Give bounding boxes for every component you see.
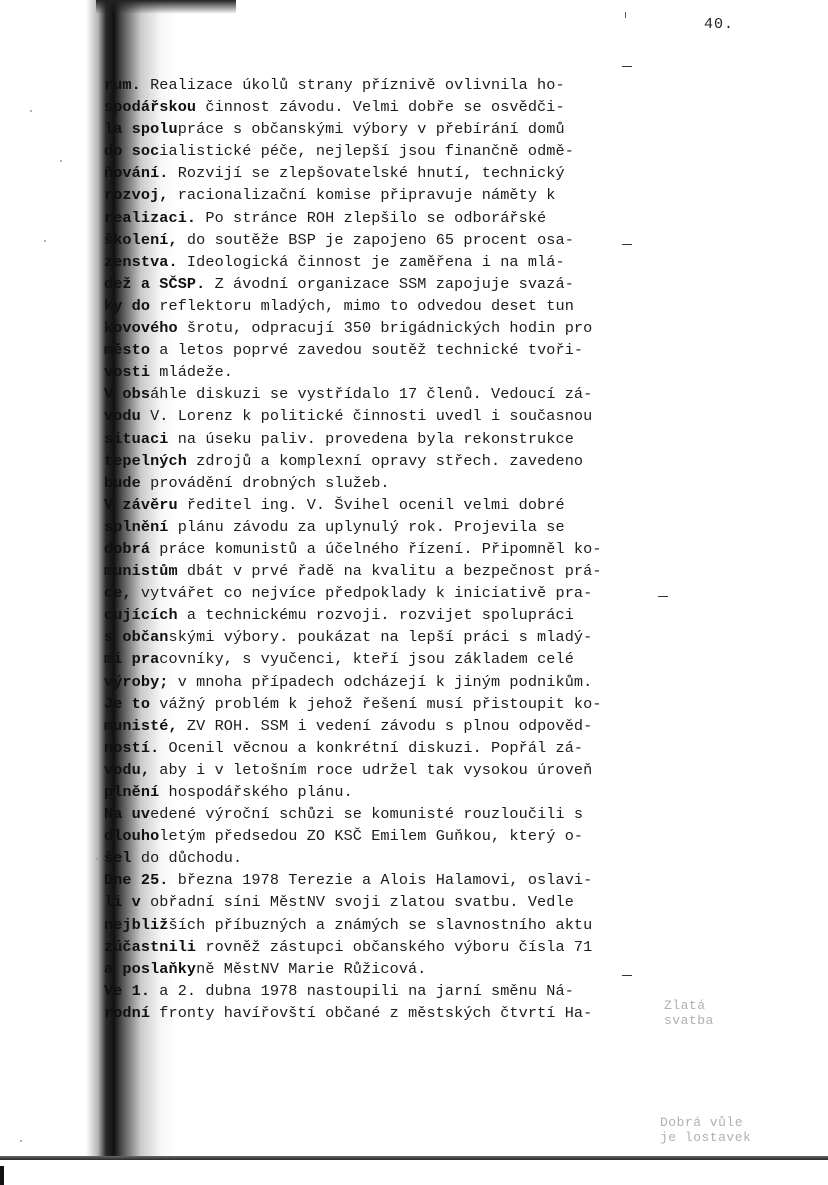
text-line: Je to vážný problém k jehož řešení musí …	[104, 693, 664, 715]
line-lead-in: Dne 25.	[104, 871, 169, 889]
line-text: aby i v letošním roce udržel tak vysokou…	[150, 761, 592, 779]
scan-corner-mark	[0, 1166, 4, 1185]
margin-dash	[622, 66, 632, 67]
line-text: Realizace úkolů strany příznivě ovlivnil…	[141, 76, 565, 94]
line-text: Rozvijí se zlepšovatelské hnutí, technic…	[169, 164, 565, 182]
line-text: práce s občanskými výbory v přebírání do…	[178, 120, 565, 138]
text-line: bude provádění drobných služeb.	[104, 472, 664, 494]
line-text: ších příbuzných a známých se slavnostníh…	[169, 916, 593, 934]
line-text: edené výroční schůzi se komunisté rouzlo…	[150, 805, 583, 823]
line-lead-in: kovového	[104, 319, 178, 337]
line-lead-in: Je to	[104, 695, 150, 713]
text-line: město a letos poprvé zavedou soutěž tech…	[104, 339, 664, 361]
line-lead-in: školení,	[104, 231, 178, 249]
line-text: Ocenil věcnou a konkrétní diskuzi. Popřá…	[159, 739, 583, 757]
line-lead-in: a poslaňky	[104, 960, 196, 978]
line-text: zdrojů a komplexní opravy střech. zavede…	[187, 452, 583, 470]
text-line: rum. Realizace úkolů strany příznivě ovl…	[104, 74, 664, 96]
text-line: vodu, aby i v letošním roce udržel tak v…	[104, 759, 664, 781]
line-text: letým předsedou ZO KSČ Emilem Guňkou, kt…	[159, 827, 583, 845]
line-text: vytvářet co nejvíce předpoklady k inicia…	[132, 584, 593, 602]
text-line: vosti mládeže.	[104, 361, 664, 383]
line-lead-in: rodní	[104, 1004, 150, 1022]
text-line: la spolupráce s občanskými výbory v přeb…	[104, 118, 664, 140]
line-text: a 2. dubna 1978 nastoupili na jarní směn…	[150, 982, 574, 1000]
text-line: výroby; v mnoha případech odcházejí k ji…	[104, 671, 664, 693]
line-text: na úseku paliv. provedena byla rekonstru…	[169, 430, 574, 448]
line-lead-in: vosti	[104, 363, 150, 381]
page-number: 40.	[704, 16, 734, 33]
line-text: provádění drobných služeb.	[141, 474, 390, 492]
line-text: března 1978 Terezie a Alois Halamovi, os…	[169, 871, 593, 889]
scan-speck	[20, 1140, 22, 1142]
text-line: ností. Ocenil věcnou a konkrétní diskuzi…	[104, 737, 664, 759]
line-lead-in: rum.	[104, 76, 141, 94]
line-lead-in: munisté,	[104, 717, 178, 735]
text-line: spodářskou činnost závodu. Velmi dobře s…	[104, 96, 664, 118]
typewritten-text: rum. Realizace úkolů strany příznivě ovl…	[104, 74, 664, 1024]
line-lead-in: realizaci.	[104, 209, 196, 227]
line-text: Ideologická činnost je zaměřena i na mlá…	[178, 253, 565, 271]
line-lead-in: do soc	[104, 142, 159, 160]
line-lead-in: zenstva.	[104, 253, 178, 271]
line-text: ně MěstNV Marie Růžicová.	[196, 960, 426, 978]
line-lead-in: V obs	[104, 385, 150, 403]
line-lead-in: Ve 1.	[104, 982, 150, 1000]
line-lead-in: rozvoj,	[104, 186, 169, 204]
line-text: ZV ROH. SSM i vedení závodu s plnou odpo…	[178, 717, 593, 735]
line-lead-in: s občan	[104, 628, 169, 646]
line-lead-in: munistům	[104, 562, 178, 580]
text-line: mi pracovníky, s vyučenci, kteří jsou zá…	[104, 648, 664, 670]
line-lead-in: mi pra	[104, 650, 159, 668]
line-text: covníky, s vyučenci, kteří jsou základem…	[159, 650, 574, 668]
text-line: V závěru ředitel ing. V. Švihel ocenil v…	[104, 494, 664, 516]
text-line: Dne 25. března 1978 Terezie a Alois Hala…	[104, 869, 664, 891]
line-lead-in: dobrá	[104, 540, 150, 558]
line-text: V. Lorenz k politické činnosti uvedl i s…	[141, 407, 593, 425]
text-line: dobrá práce komunistů a účelného řízení.…	[104, 538, 664, 560]
text-line: realizaci. Po stránce ROH zlepšilo se od…	[104, 207, 664, 229]
line-lead-in: li v	[104, 893, 141, 911]
text-line: Na uvedené výroční schůzi se komunisté r…	[104, 803, 664, 825]
text-line: vodu V. Lorenz k politické činnosti uved…	[104, 405, 664, 427]
line-text: mládeže.	[150, 363, 233, 381]
line-text: racionalizační komise připravuje náměty …	[169, 186, 556, 204]
line-lead-in: nejbliž	[104, 916, 169, 934]
page-bottom-edge	[0, 1156, 828, 1160]
line-lead-in: splnění	[104, 518, 169, 536]
line-text: do soutěže BSP je zapojeno 65 procent os…	[178, 231, 574, 249]
line-lead-in: tepelných	[104, 452, 187, 470]
text-line: tepelných zdrojů a komplexní opravy stře…	[104, 450, 664, 472]
line-lead-in: město	[104, 341, 150, 359]
text-line: li v obřadní síni MěstNV svoji zlatou sv…	[104, 891, 664, 913]
line-text: činnost závodu. Velmi dobře se osvědči-	[196, 98, 565, 116]
line-text: ialistické péče, nejlepší jsou finančně …	[159, 142, 574, 160]
text-line: cujících a technickému rozvoji. rozvijet…	[104, 604, 664, 626]
text-line: zenstva. Ideologická činnost je zaměřena…	[104, 251, 664, 273]
line-lead-in: dlouho	[104, 827, 159, 845]
line-lead-in: ňování.	[104, 164, 169, 182]
text-line: splnění plánu závodu za uplynulý rok. Pr…	[104, 516, 664, 538]
text-line: šel do důchodu.	[104, 847, 664, 869]
text-line: munisté, ZV ROH. SSM i vedení závodu s p…	[104, 715, 664, 737]
scan-top-shadow	[96, 0, 236, 14]
text-line: situaci na úseku paliv. provedena byla r…	[104, 428, 664, 450]
line-lead-in: la spolu	[104, 120, 178, 138]
line-text: vážný problém k jehož řešení musí přisto…	[150, 695, 602, 713]
text-line: s občanskými výbory. poukázat na lepší p…	[104, 626, 664, 648]
text-line: a poslaňkyně MěstNV Marie Růžicová.	[104, 958, 664, 980]
line-lead-in: ností.	[104, 739, 159, 757]
scan-speck	[625, 12, 626, 18]
line-text: a technickému rozvoji. rozvijet spoluprá…	[178, 606, 574, 624]
text-line: kovového šrotu, odpracují 350 brigádnick…	[104, 317, 664, 339]
line-text: v mnoha případech odcházejí k jiným podn…	[169, 673, 593, 691]
line-text: reflektoru mladých, mimo to odvedou dese…	[150, 297, 574, 315]
line-text: Po stránce ROH zlepšilo se odborářské	[196, 209, 546, 227]
line-lead-in: výroby;	[104, 673, 169, 691]
text-line: dež a SČSP. Z ávodní organizace SSM zapo…	[104, 273, 664, 295]
line-lead-in: vodu	[104, 407, 141, 425]
line-text: hospodářského plánu.	[159, 783, 353, 801]
text-line: ce, vytvářet co nejvíce předpoklady k in…	[104, 582, 664, 604]
line-text: práce komunistů a účelného řízení. Připo…	[150, 540, 602, 558]
scan-speck	[30, 110, 32, 112]
scan-speck	[60, 160, 62, 162]
line-text: áhle diskuzi se vystřídalo 17 členů. Ved…	[150, 385, 592, 403]
line-text: ředitel ing. V. Švihel ocenil velmi dobr…	[178, 496, 565, 514]
line-text: do důchodu.	[132, 849, 243, 867]
line-lead-in: V závěru	[104, 496, 178, 514]
line-text: šrotu, odpracují 350 brigádnických hodin…	[178, 319, 593, 337]
line-text: rovněž zástupci občanského výboru čísla …	[196, 938, 592, 956]
line-lead-in: plnění	[104, 783, 159, 801]
line-lead-in: Na uv	[104, 805, 150, 823]
text-line: školení, do soutěže BSP je zapojeno 65 p…	[104, 229, 664, 251]
line-lead-in: spodářskou	[104, 98, 196, 116]
line-lead-in: šel	[104, 849, 132, 867]
line-text: obřadní síni MěstNV svoji zlatou svatbu.…	[141, 893, 574, 911]
text-line: munistům dbát v prvé řadě na kvalitu a b…	[104, 560, 664, 582]
line-lead-in: situaci	[104, 430, 169, 448]
line-text: a letos poprvé zavedou soutěž technické …	[150, 341, 583, 359]
scan-speck	[96, 858, 98, 860]
line-text: dbát v prvé řadě na kvalitu a bezpečnost…	[178, 562, 602, 580]
text-line: do socialistické péče, nejlepší jsou fin…	[104, 140, 664, 162]
line-lead-in: vodu,	[104, 761, 150, 779]
text-line: V obsáhle diskuzi se vystřídalo 17 členů…	[104, 383, 664, 405]
text-line: rodní fronty havířovští občané z městský…	[104, 1002, 664, 1024]
text-line: nejbližších příbuzných a známých se slav…	[104, 914, 664, 936]
line-lead-in: zúčastnili	[104, 938, 196, 956]
line-lead-in: dež a SČSP.	[104, 275, 205, 293]
scan-speck	[44, 240, 46, 242]
line-text: Z ávodní organizace SSM zapojuje svazá-	[205, 275, 574, 293]
line-text: fronty havířovští občané z městských čtv…	[150, 1004, 592, 1022]
text-line: plnění hospodářského plánu.	[104, 781, 664, 803]
text-line: ky do reflektoru mladých, mimo to odvedo…	[104, 295, 664, 317]
margin-note-dobra-vule: Dobrá vůle je lostavek	[660, 1115, 751, 1145]
text-line: rozvoj, racionalizační komise připravuje…	[104, 184, 664, 206]
margin-note-zlata-svatba: Zlatá svatba	[664, 998, 714, 1028]
text-line: Ve 1. a 2. dubna 1978 nastoupili na jarn…	[104, 980, 664, 1002]
line-lead-in: cujících	[104, 606, 178, 624]
line-lead-in: bude	[104, 474, 141, 492]
text-line: ňování. Rozvijí se zlepšovatelské hnutí,…	[104, 162, 664, 184]
text-line: dlouholetým předsedou ZO KSČ Emilem Guňk…	[104, 825, 664, 847]
text-line: zúčastnili rovněž zástupci občanského vý…	[104, 936, 664, 958]
line-lead-in: ky do	[104, 297, 150, 315]
line-lead-in: ce,	[104, 584, 132, 602]
line-text: plánu závodu za uplynulý rok. Projevila …	[169, 518, 565, 536]
line-text: skými výbory. poukázat na lepší práci s …	[169, 628, 593, 646]
